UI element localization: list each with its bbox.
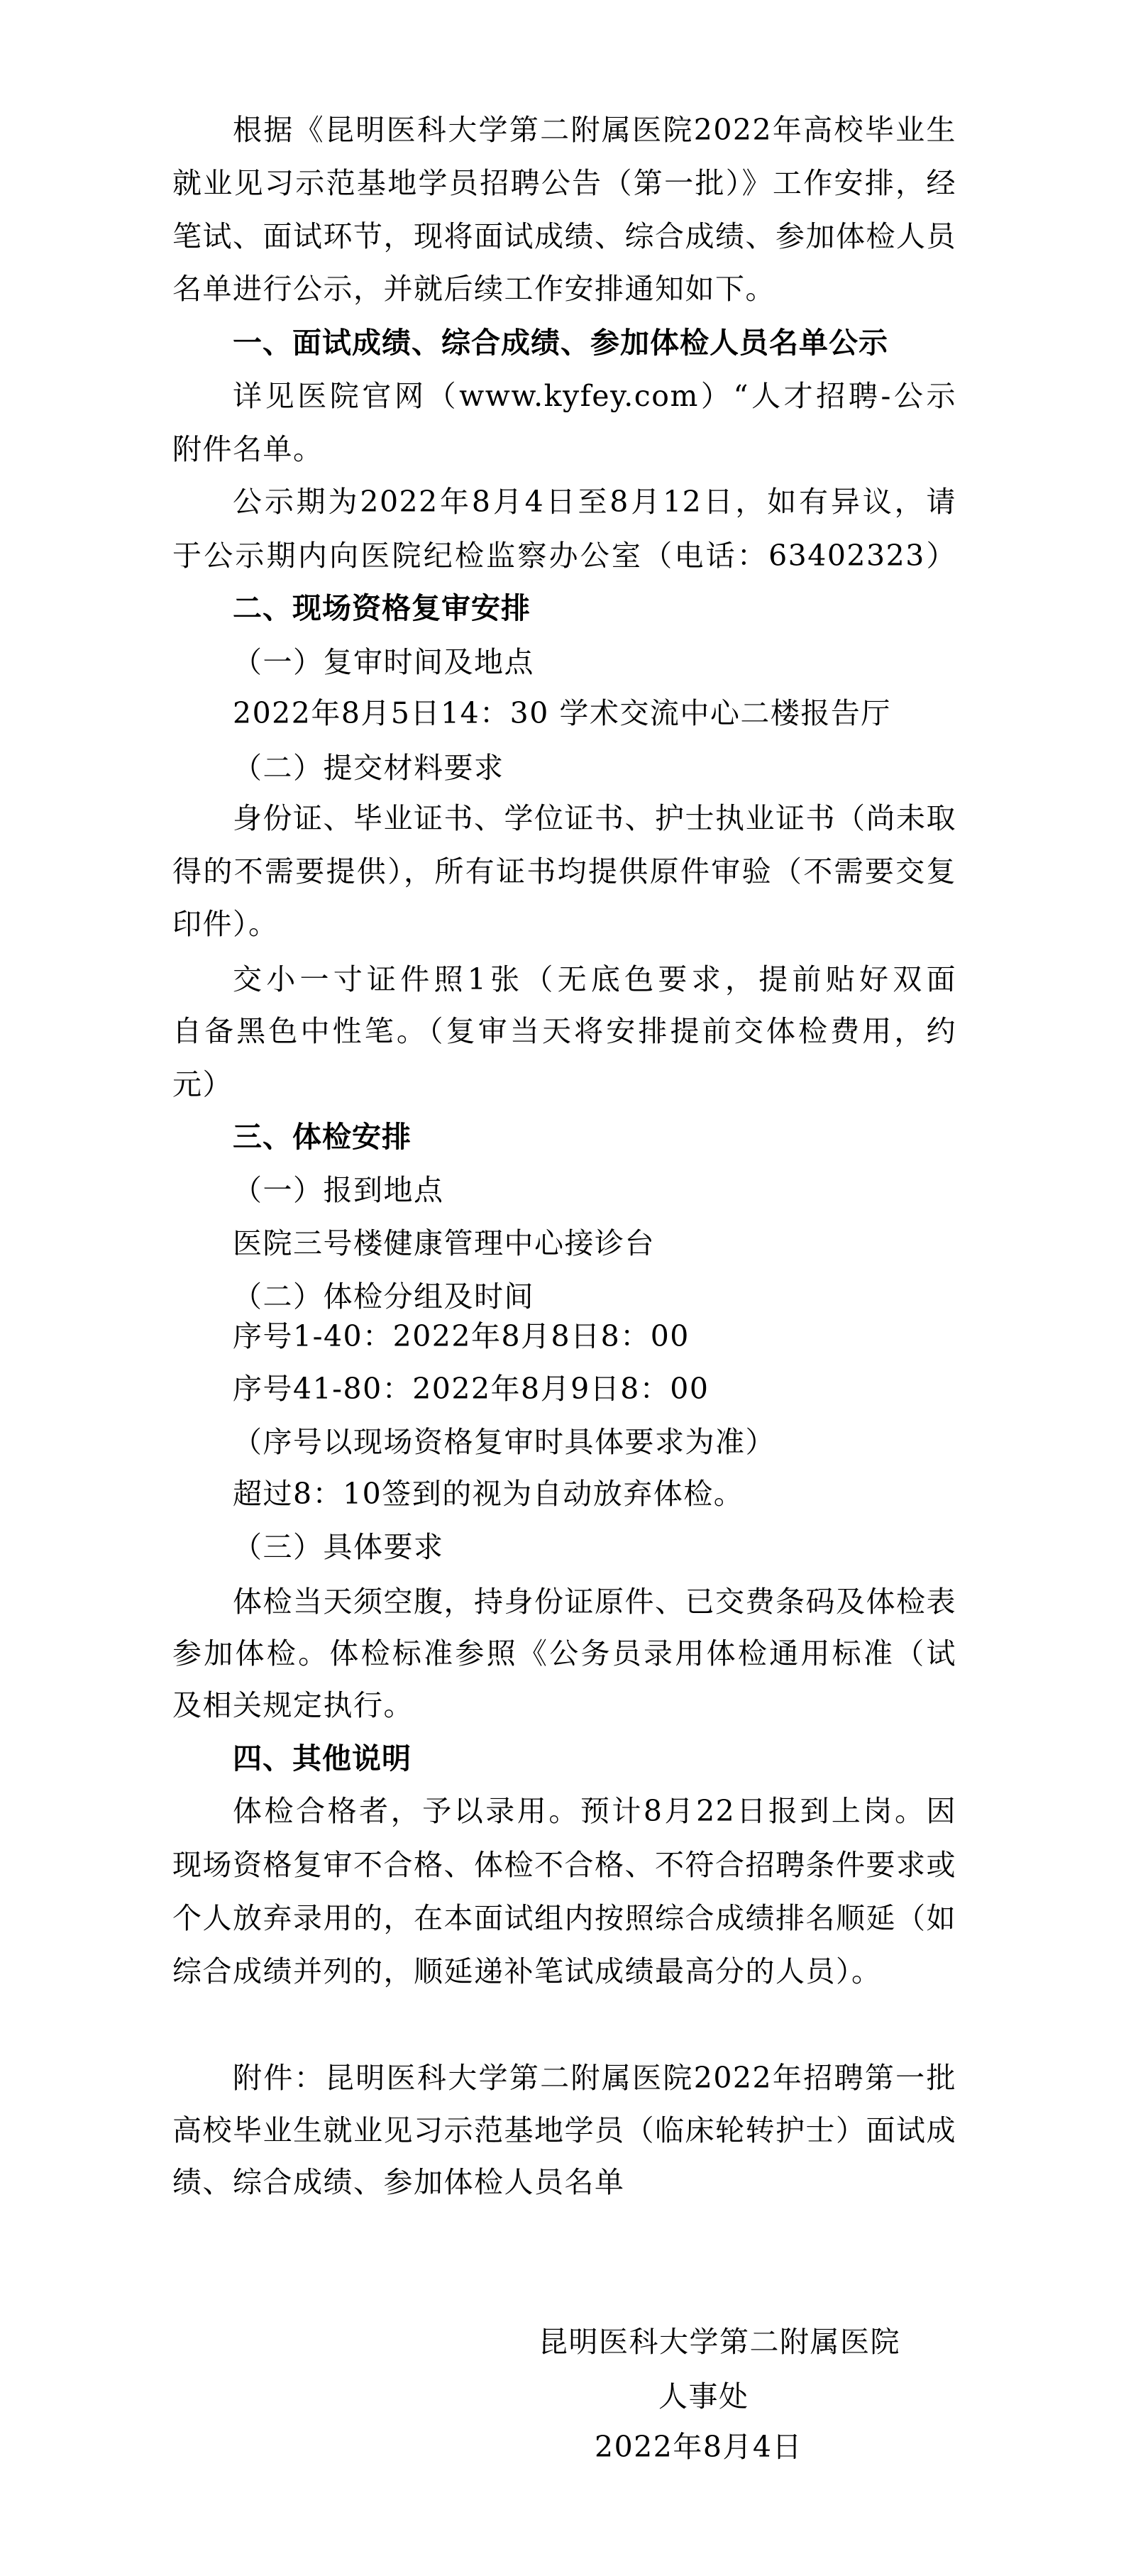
section-4-line-2: 现场资格复审不合格、体检不合格、不符合招聘条件要求或 xyxy=(172,1845,956,1885)
section-3-sub-3-title: （三）具体要求 xyxy=(233,1527,444,1567)
section-3-sub-3-line-3: 及相关规定执行。 xyxy=(172,1685,414,1725)
section-4-line-4: 综合成绩并列的，顺延递补笔试成绩最高分的人员）。 xyxy=(172,1952,882,1991)
section-1-line-1: 详见医院官网（www.kyfey.com）“人才招聘-公示栏” xyxy=(233,376,956,416)
intro-line-4: 名单进行公示，并就后续工作安排通知如下。 xyxy=(172,269,775,309)
section-4-heading: 四、其他说明 xyxy=(233,1739,412,1778)
section-2-sub-2-line-4: 交小一寸证件照1张（无底色要求，提前贴好双面胶）、 xyxy=(233,959,956,999)
section-2-sub-1-line-1: 2022年8月5日14：30 学术交流中心二楼报告厅 xyxy=(233,693,891,733)
section-3-sub-2-line-1: 序号1-40：2022年8月8日8：00 xyxy=(233,1316,690,1356)
section-2-sub-1-title: （一）复审时间及地点 xyxy=(233,642,534,682)
section-3-sub-2-line-3: （序号以现场资格复审时具体要求为准） xyxy=(233,1422,775,1462)
section-2-sub-2-line-2: 得的不需要提供），所有证书均提供原件审验（不需要交复 xyxy=(172,852,956,891)
section-3-sub-3-line-1: 体检当天须空腹，持身份证原件、已交费条码及体检表 xyxy=(233,1582,956,1622)
signature-department: 人事处 xyxy=(658,2377,746,2416)
section-3-sub-1-line-1: 医院三号楼健康管理中心接诊台 xyxy=(233,1223,655,1263)
section-2-sub-2-line-1: 身份证、毕业证书、学位证书、护士执业证书（尚未取 xyxy=(233,798,956,838)
intro-line-1: 根据《昆明医科大学第二附属医院2022年高校毕业生 xyxy=(233,110,956,150)
section-3-sub-1-title: （一）报到地点 xyxy=(233,1170,444,1210)
intro-line-2: 就业见习示范基地学员招聘公告（第一批）》工作安排，经 xyxy=(172,163,956,203)
section-1-line-3: 公示期为2022年8月4日至8月12日，如有异议，请 xyxy=(233,482,956,522)
section-1-line-4: 于公示期内向医院纪检监察办公室（电话：63402323）反映。 xyxy=(172,536,956,576)
section-3-sub-3-line-2: 参加体检。体检标准参照《公务员录用体检通用标准（试行）》 xyxy=(172,1634,956,1673)
section-2-sub-2-line-5: 自备黑色中性笔。（复审当天将安排提前交体检费用，约200 xyxy=(172,1011,956,1051)
section-3-heading: 三、体检安排 xyxy=(233,1117,412,1157)
section-3-sub-2-line-4: 超过8：10签到的视为自动放弃体检。 xyxy=(233,1474,744,1514)
section-1-heading: 一、面试成绩、综合成绩、参加体检人员名单公示 xyxy=(233,323,888,363)
notice-document: 根据《昆明医科大学第二附属医院2022年高校毕业生 就业见习示范基地学员招聘公告… xyxy=(0,0,1126,2576)
section-1-line-2: 附件名单。 xyxy=(172,429,324,469)
signature-organization: 昆明医科大学第二附属医院 xyxy=(539,2322,897,2362)
section-2-sub-2-line-6: 元） xyxy=(172,1064,233,1104)
section-4-line-1: 体检合格者，予以录用。预计8月22日报到上岗。因 xyxy=(233,1791,956,1831)
section-2-heading: 二、现场资格复审安排 xyxy=(233,588,531,628)
attachment-line-2: 高校毕业生就业见习示范基地学员（临床轮转护士）面试成 xyxy=(172,2110,956,2150)
signature-date: 2022年8月4日 xyxy=(595,2427,802,2467)
section-2-sub-2-line-3: 印件）。 xyxy=(172,904,279,944)
section-3-sub-2-line-2: 序号41-80：2022年8月9日8：00 xyxy=(233,1369,709,1409)
attachment-line-1: 附件：昆明医科大学第二附属医院2022年招聘第一批 xyxy=(233,2058,956,2098)
attachment-line-3: 绩、综合成绩、参加体检人员名单 xyxy=(172,2162,625,2202)
section-3-sub-2-title: （二）体检分组及时间 xyxy=(233,1277,534,1316)
section-2-sub-2-title: （二）提交材料要求 xyxy=(233,748,504,788)
intro-line-3: 笔试、面试环节，现将面试成绩、综合成绩、参加体检人员 xyxy=(172,216,956,256)
section-4-line-3: 个人放弃录用的，在本面试组内按照综合成绩排名顺延（如 xyxy=(172,1898,956,1938)
